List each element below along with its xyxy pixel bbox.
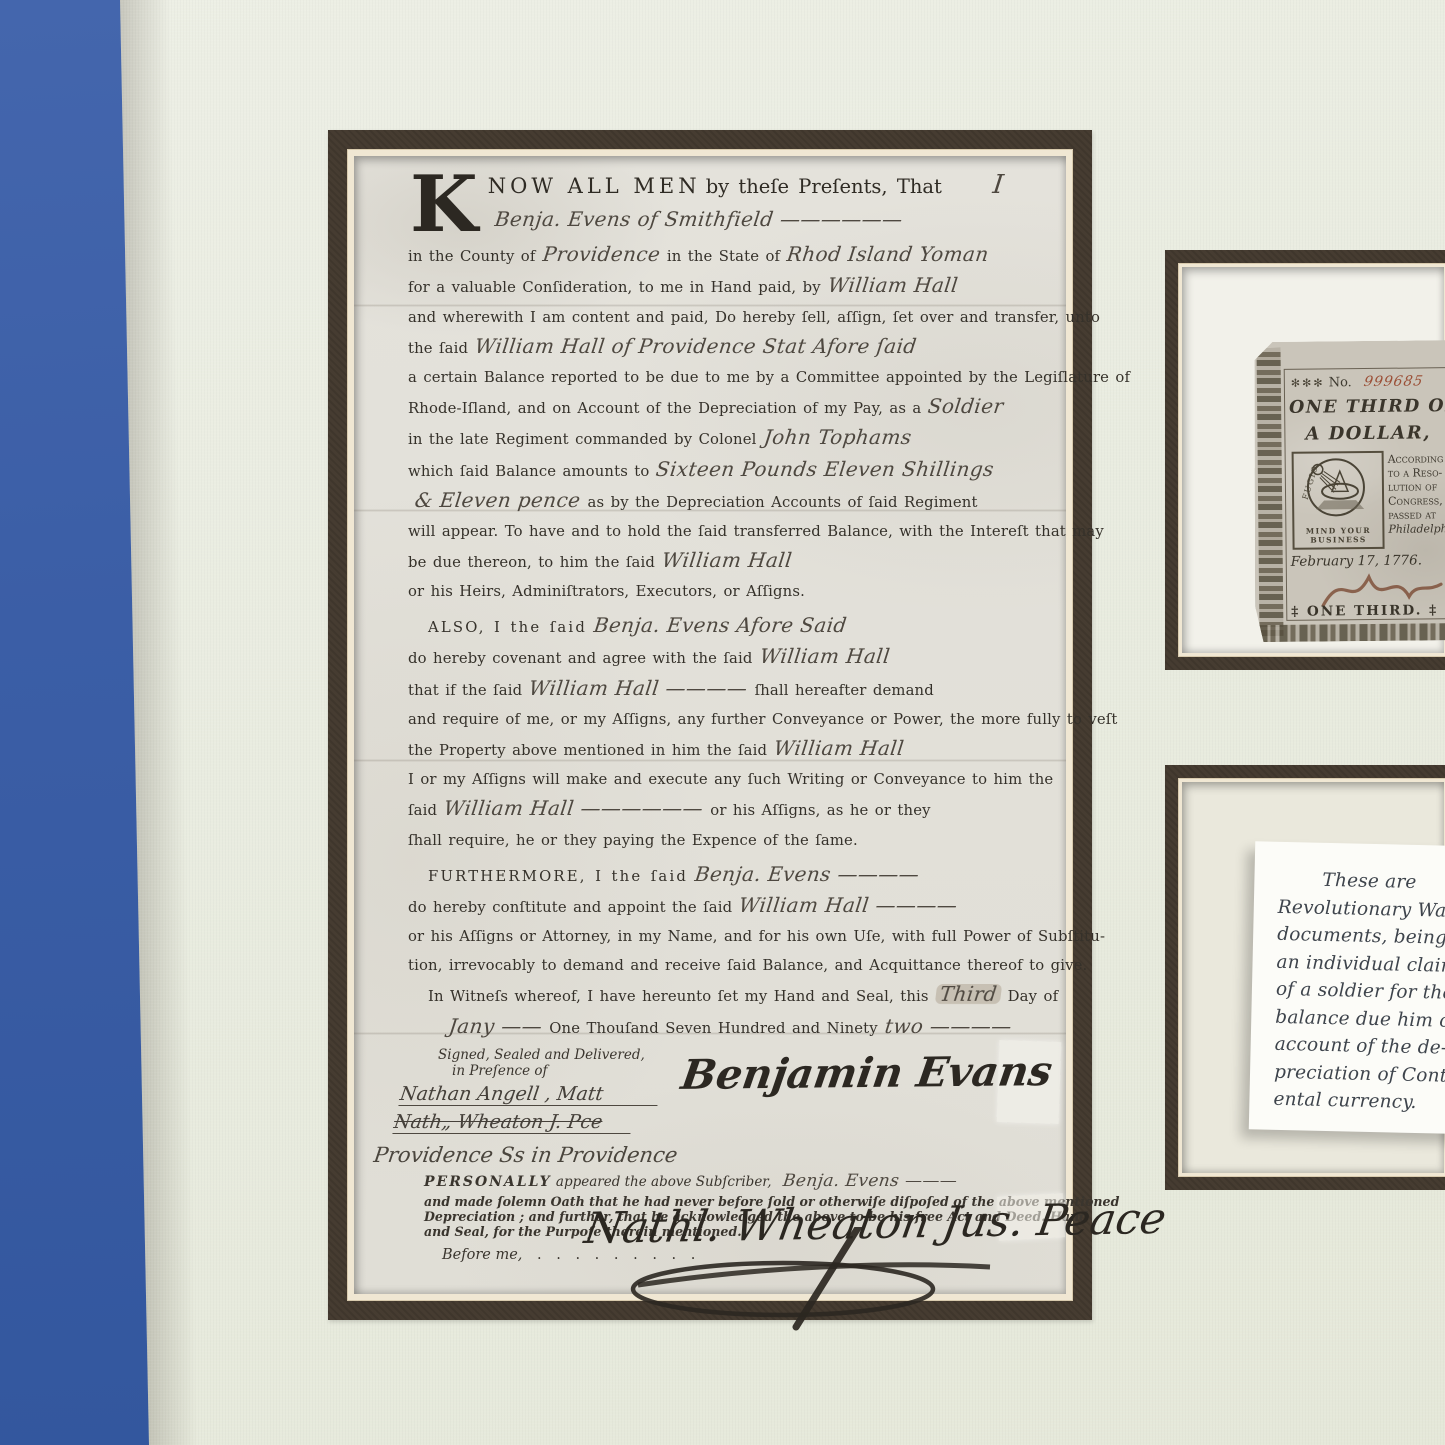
printed-text: that if the ſaid [408,682,522,699]
resolution-line: Congress, [1388,494,1445,509]
deed-line: do hereby covenant and agree with the ſa… [408,646,1042,669]
handwritten-text: Benja. Evens ——— [782,1173,958,1189]
printed-text: for a valuable Conſideration, to me in H… [408,279,821,296]
deed-line: & Eleven penceas by the Depreciation Acc… [408,490,1042,513]
jurat-handwriting: Providence Ss in Providence [372,1143,679,1167]
rosette-ornament-icon: ✻✻✻ [1291,376,1325,389]
card-inner-mat: These are Revolutionary War documents, b… [1182,782,1444,1173]
heading-caps: NOW ALL MEN [488,174,701,198]
deed-line: which ſaid Balance amounts toSixteen Pou… [408,459,1042,482]
printed-text: FURTHERMORE, I the ſaid [428,868,688,885]
personally-word: PERSONALLY [424,1174,552,1190]
printed-text: Day of [1008,988,1059,1005]
deed-text-block: K NOW ALL MEN by theſe Preſents, That I … [354,156,1066,1294]
deed-line: I or my Aſſigns will make and execute an… [408,769,1042,790]
note-border-ornament [1256,344,1445,366]
card-text-line: documents, being [1277,921,1445,953]
printed-text: ſaid [408,802,437,819]
deed-line: or his Aſſigns or Attorney, in my Name, … [408,926,1042,947]
denomination-line2: A DOLLAR, [1305,422,1431,444]
signed-sealed-line2: in Preſence of [452,1063,645,1079]
card-text-line: ental currency. [1273,1086,1445,1118]
handwritten-text: William Hall [773,738,905,758]
printed-text: I or my Aſſigns will make and execute an… [408,771,1053,788]
handwritten-text: Providence [541,244,661,264]
printed-text: do hereby conſtitute and appoint the ſai… [408,899,732,916]
handwritten-text: Jany —— [448,1016,544,1036]
handwritten-text: two ———— [884,1016,1013,1036]
note-border-ornament [1259,623,1445,642]
printed-text: do hereby covenant and agree with the ſa… [408,650,753,667]
resolution-line: to a Reso- [1388,466,1445,481]
printed-text: or his Aſſigns or Attorney, in my Name, … [408,928,1105,945]
printed-text: ſhall hereafter demand [755,682,934,699]
dropcap-initial: K [410,176,478,234]
handwritten-text: Soldier [927,396,1005,416]
handwritten-text: & Eleven pence [414,490,582,510]
description-card: These are Revolutionary War documents, b… [1249,841,1445,1134]
card-text-line: of a soldier for the [1276,976,1445,1008]
congress-resolution-text: According to a Reso- lution of Congress,… [1388,452,1445,537]
no-label: No. [1329,375,1352,390]
benjamin-evans-signature: Benjamin Evans [679,1047,1056,1099]
deed-line: In Witneſs whereof, I have hereunto ſet … [428,984,1042,1007]
fugio-sundial-emblem: FUGIO MIND YOUR BUSINESS [1292,451,1385,550]
handwritten-text: William Hall [826,275,958,295]
deed-line: or his Heirs, Adminiſtrators, Executors,… [408,581,1042,602]
svg-text:FUGIO: FUGIO [1301,464,1320,501]
personally-appeared-line: PERSONALLY appeared the above Subſcriber… [424,1173,964,1190]
resolution-line: paſſed at [1388,508,1445,523]
deed-line: for a valuable Conſideration, to me in H… [408,275,1042,298]
printed-text: ſhall require, he or they paying the Exp… [408,832,858,849]
printed-text: or his Aſſigns, as he or they [710,802,930,819]
handwritten-text: Sixteen Pounds Eleven Shillings [655,459,995,479]
printed-text: or his Heirs, Adminiſtrators, Executors,… [408,583,805,600]
printed-text: and wherewith I am content and paid, Do … [408,309,1100,326]
printed-text: in the State of [667,248,780,265]
printed-text: Rhode-Iſland, and on Account of the Depr… [408,400,921,417]
deed-line: ALSO, I the ſaidBenja. Evens Afore Said [428,615,1042,638]
deed-line: Benja. Evens of Smithfield —————— [436,209,1042,231]
signed-sealed-label: Signed, Sealed and Delivered, in Preſenc… [438,1047,645,1079]
one-third-bottom-label: ‡ ONE THIRD. ‡ [1291,602,1438,620]
handwritten-text: William Hall [758,646,890,666]
printed-text: One Thouſand Seven Hundred and Ninety [549,1020,878,1037]
printed-text: the ſaid [408,340,468,357]
mind-your-business-motto: MIND YOUR BUSINESS [1294,527,1382,545]
deed-line: Jany ——One Thouſand Seven Hundred and Ni… [442,1016,1042,1039]
handwritten-text: Benja. Evens ———— [694,864,921,884]
continental-currency-note: ✻✻✻ No. 999685 ONE THIRD OF A DOLLAR, FU… [1252,340,1445,642]
handwritten-text: William Hall ———— [738,895,959,915]
card-text-line: These are [1322,867,1445,898]
heading-text: by theſe Preſents, That [706,175,942,198]
witness-signature-2: Nath„ Wheaton J. Pce [392,1111,634,1134]
printed-text: and require of me, or my Aſſigns, any fu… [408,711,1118,728]
deed-document-paper: K NOW ALL MEN by theſe Preſents, That I … [354,156,1066,1294]
deed-line: in the late Regiment commanded by Colone… [408,427,1042,450]
printed-text: be due thereon, to him the ſaid [408,554,655,571]
deed-line: and require of me, or my Aſſigns, any fu… [408,709,1042,730]
printed-text: a certain Balance reported to be due to … [408,369,1130,386]
deed-line: be due thereon, to him the ſaidWilliam H… [408,550,1042,573]
handwritten-text: William Hall ———— [528,678,749,698]
deed-mat-window: K NOW ALL MEN by theſe Preſents, That I … [328,130,1092,1320]
handwritten-text: John Tophams [762,427,912,447]
handwritten-text: William Hall [661,550,793,570]
note-border-ornament [1256,348,1283,636]
handwritten-text: Benja. Evens of Smithfield —————— [494,209,904,229]
resolution-line: lution of [1388,480,1445,495]
resolution-line-philadelphia: Philadelphia [1388,522,1445,537]
deed-line: in the County ofProvidencein the State o… [408,244,1042,267]
card-mat-window: These are Revolutionary War documents, b… [1165,765,1445,1190]
deed-line: tion, irrevocably to demand and receive … [408,955,1042,976]
deed-line: and wherewith I am content and paid, Do … [408,307,1042,328]
handwritten-text: William Hall of Providence Stat Afore ſa… [474,336,918,356]
printed-text: In Witneſs whereof, I have hereunto ſet … [428,988,929,1005]
printed-text: in the County of [408,248,536,265]
heading-handwritten-I: I [991,172,1005,198]
sundial-icon: FUGIO [1294,453,1379,520]
deed-closing-block: Signed, Sealed and Delivered, in Preſenc… [408,1047,1042,1315]
deed-line: a certain Balance reported to be due to … [408,367,1042,388]
currency-mat-window: ✻✻✻ No. 999685 ONE THIRD OF A DOLLAR, FU… [1165,250,1445,670]
deed-line: ſhall require, he or they paying the Exp… [408,830,1042,851]
framed-photo: { "scene": { "wall_color": "#3b5ea6", "f… [0,0,1445,1445]
deed-line: the ſaidWilliam Hall of Providence Stat … [408,336,1042,359]
denomination-line1: ONE THIRD OF [1289,396,1445,418]
justice-signature: Nathl. Wheaton Jus. Peace [581,1194,1169,1254]
printed-text: ALSO, I the ſaid [428,619,587,636]
handwritten-text: William Hall —————— [443,798,705,818]
printed-text: in the late Regiment commanded by Colone… [408,431,757,448]
card-text-line: account of the de- [1274,1031,1445,1063]
handwritten-text: Benja. Evens Afore Said [593,615,848,635]
deed-line: will appear. To have and to hold the ſai… [408,521,1042,542]
deed-heading: NOW ALL MEN by theſe Preſents, That I [408,172,1042,201]
printed-text: will appear. To have and to hold the ſai… [408,523,1104,540]
resolution-line: According [1388,452,1445,467]
currency-inner-mat: ✻✻✻ No. 999685 ONE THIRD OF A DOLLAR, FU… [1182,267,1444,653]
deed-line: do hereby conſtitute and appoint the ſai… [408,895,1042,918]
printed-text: as by the Depreciation Accounts of ſaid … [588,494,978,511]
deed-line: ſaidWilliam Hall ——————or his Aſſigns, a… [408,798,1042,821]
before-me-text: Before me, [442,1247,522,1263]
motto-line2: BUSINESS [1294,535,1382,544]
printed-text: tion, irrevocably to demand and receive … [408,957,1087,974]
handwritten-text-smudged: Third [934,984,1001,1004]
handwritten-text: Rhod Island Yoman [786,244,990,264]
personally-rest: appeared the above Subſcriber, [556,1174,772,1190]
witness-signature-1: Nathan Angell , Matt [398,1083,660,1106]
signed-sealed-line1: Signed, Sealed and Delivered, [438,1047,645,1063]
printed-text: which ſaid Balance amounts to [408,463,649,480]
deed-line: Rhode-Iſland, and on Account of the Depr… [408,396,1042,419]
deed-line: the Property above mentioned in him the … [408,738,1042,761]
deed-line: that if the ſaidWilliam Hall ————ſhall h… [408,678,1042,701]
serial-number: 999685 [1363,373,1425,390]
note-serial-row: ✻✻✻ No. 999685 [1291,373,1424,390]
printed-text: the Property above mentioned in him the … [408,742,767,759]
deed-line: FURTHERMORE, I the ſaidBenja. Evens ———— [428,864,1042,887]
